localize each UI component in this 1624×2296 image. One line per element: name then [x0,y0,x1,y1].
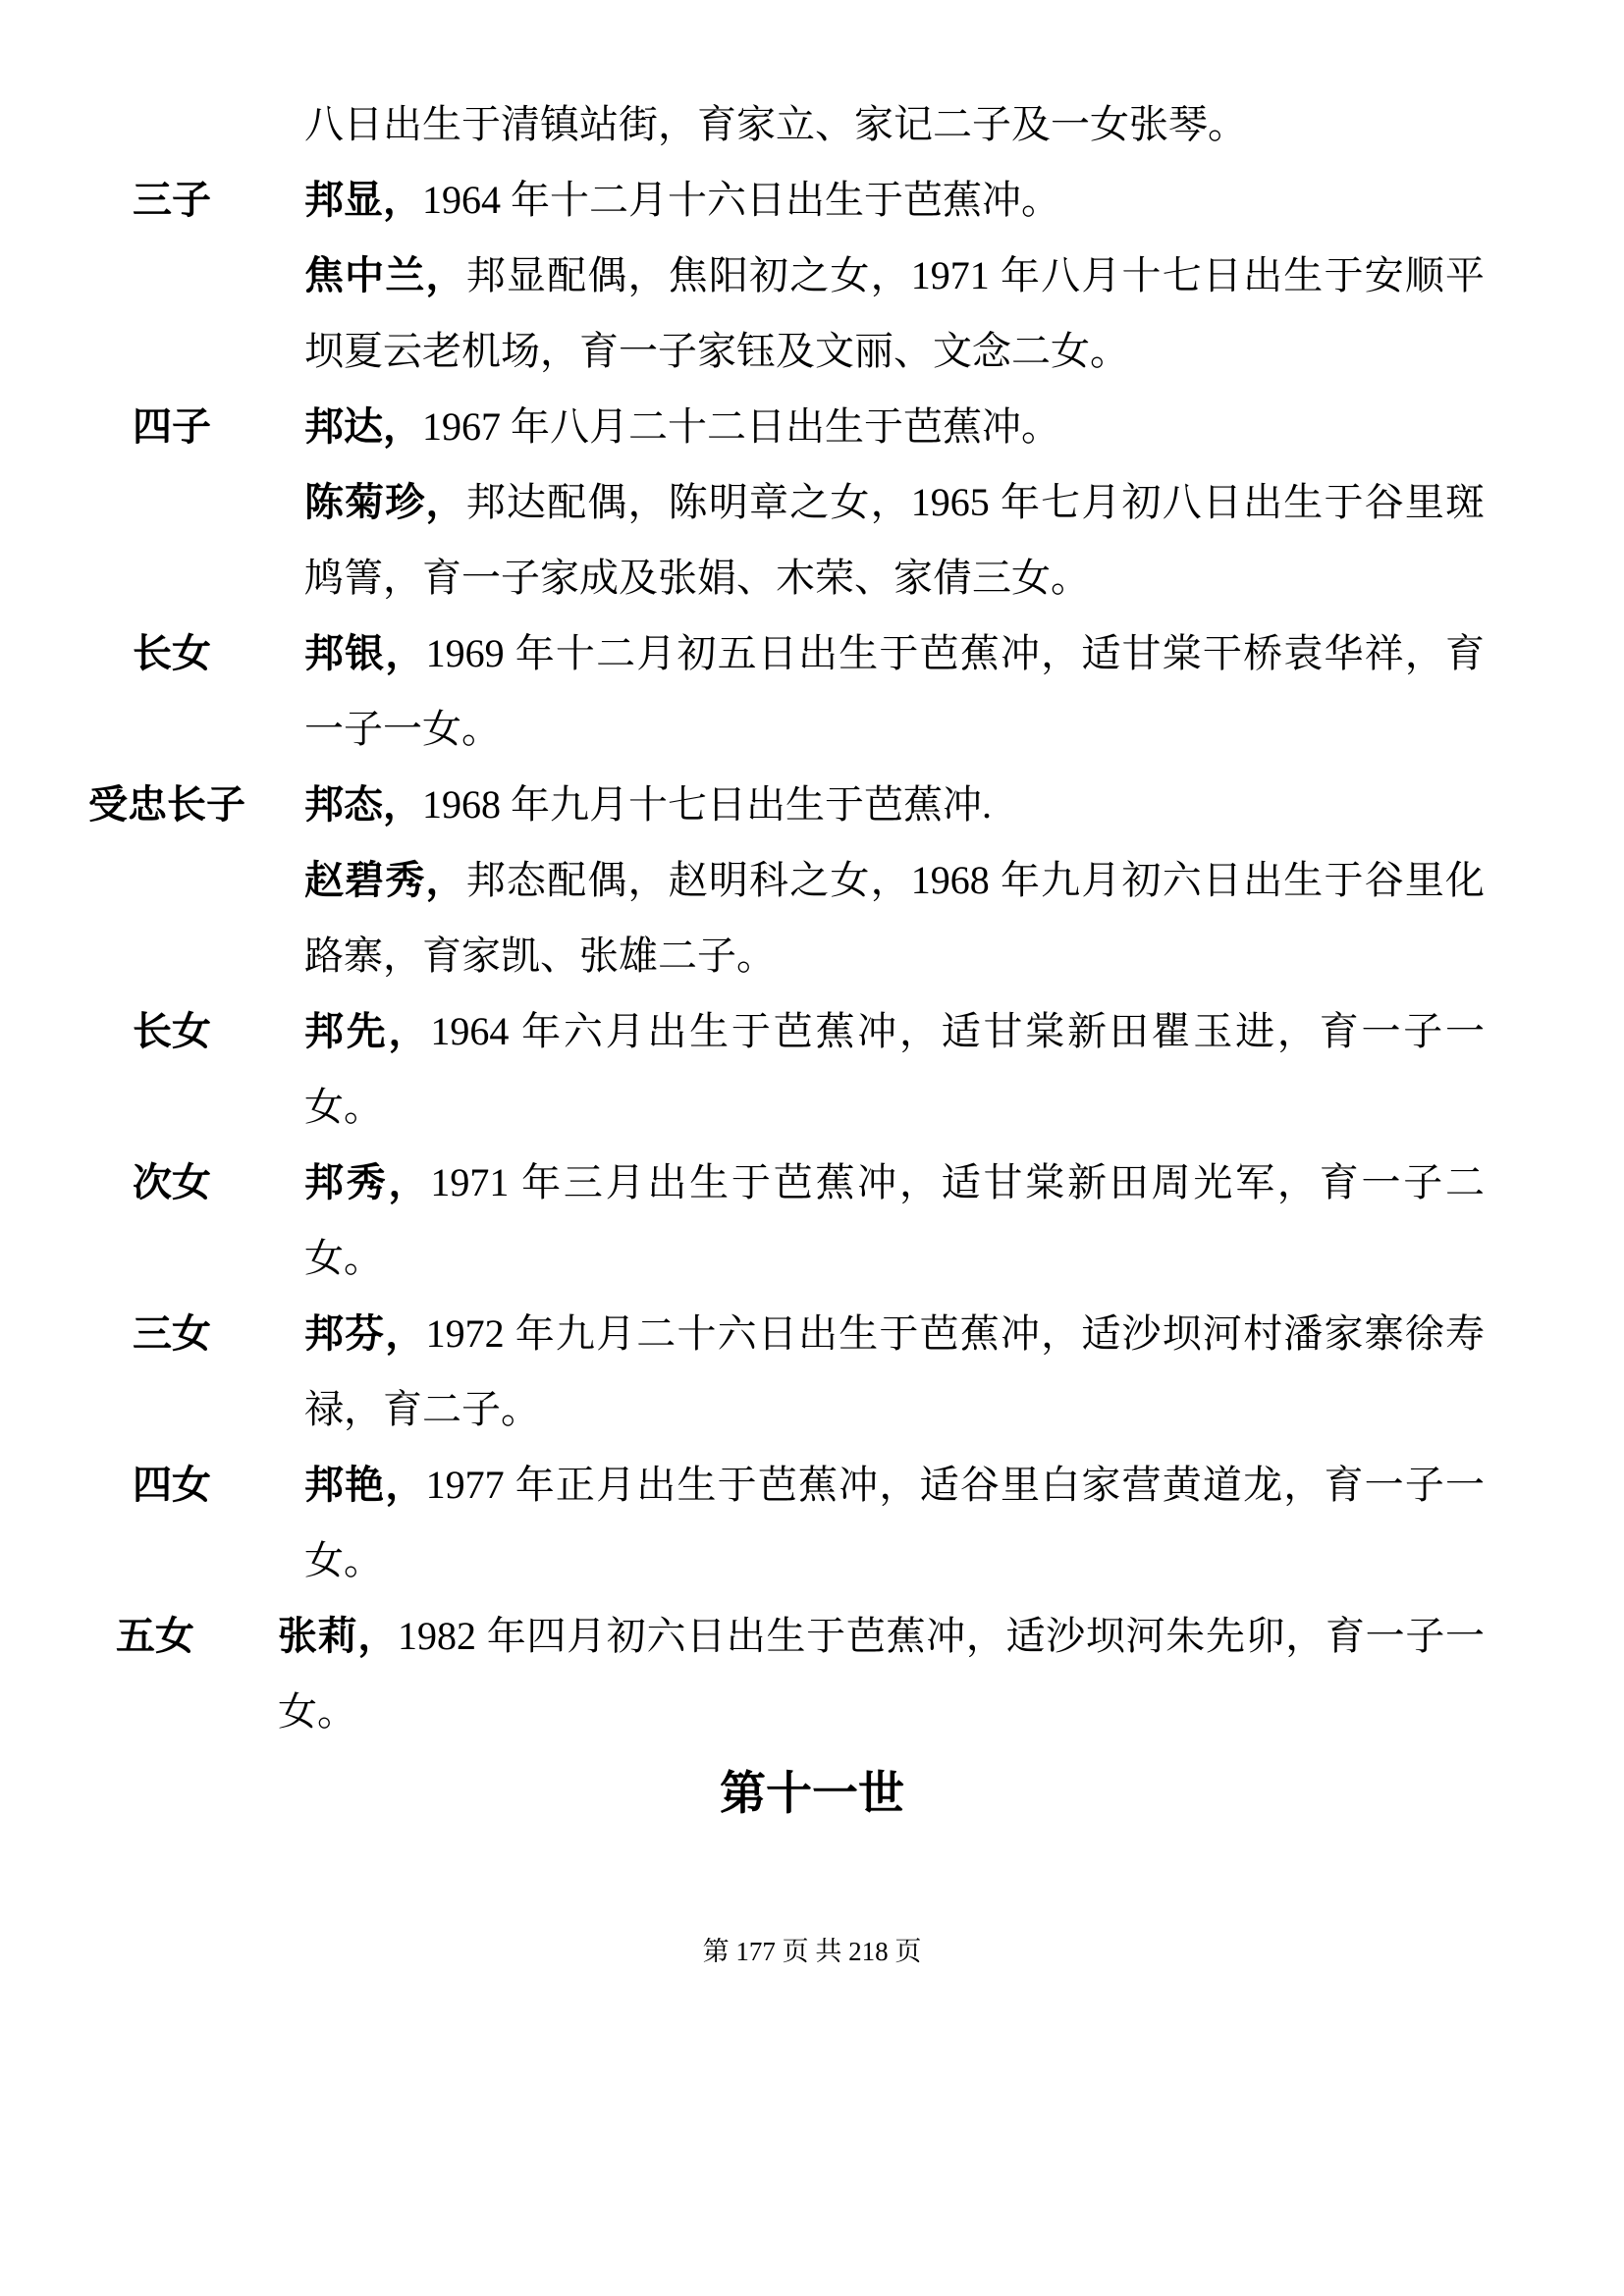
person-name: 邦态， [304,782,422,827]
entry-row: 次女 邦秀，1971 年三月出生于芭蕉冲，适甘棠新田周光军，育一子二女。 [0,1145,1624,1296]
entry-content: 张莉，1982 年四月初六日出生于芭蕉冲，适沙坝河朱先卯，育一子一女。 [278,1598,1485,1749]
entry-content: 邦态，1968 年九月十七日出生于芭蕉冲. 赵碧秀，邦态配偶，赵明科之女，196… [304,767,1485,993]
person-record-text: 1969 年十二月初五日出生于芭蕉冲，适甘棠干桥袁华祥，育一子一女。 [304,631,1485,751]
person-name: 邦先， [304,1009,430,1053]
entry-row: 四子 邦达，1967 年八月二十二日出生于芭蕉冲。 陈菊珍，邦达配偶，陈明章之女… [0,389,1624,615]
entry-row: 受忠长子 邦态，1968 年九月十七日出生于芭蕉冲. 赵碧秀，邦态配偶，赵明科之… [0,767,1624,993]
relation-label: 长女 [133,993,304,1145]
person-record-text: 1982 年四月初六日出生于芭蕉冲，适沙坝河朱先卯，育一子一女。 [278,1614,1485,1734]
person-record-text: 1977 年正月出生于芭蕉冲，适谷里白家营黄道龙，育一子一女。 [304,1463,1485,1582]
person-record: 邦先，1964 年六月出生于芭蕉冲，适甘棠新田瞿玉进，育一子一女。 [304,993,1485,1145]
spouse-record: 赵碧秀，邦态配偶，赵明科之女，1968 年九月初六日出生于谷里化路寨，育家凯、张… [304,842,1485,993]
entry-row: 长女 邦先，1964 年六月出生于芭蕉冲，适甘棠新田瞿玉进，育一子一女。 [0,993,1624,1145]
entry-content: 邦银，1969 年十二月初五日出生于芭蕉冲，适甘棠干桥袁华祥，育一子一女。 [304,615,1485,767]
person-name: 张莉， [278,1614,398,1658]
person-record: 邦银，1969 年十二月初五日出生于芭蕉冲，适甘棠干桥袁华祥，育一子一女。 [304,615,1485,767]
entry-row: 三子 邦显，1964 年十二月十六日出生于芭蕉冲。 焦中兰，邦显配偶，焦阳初之女… [0,162,1624,389]
entry-content: 邦先，1964 年六月出生于芭蕉冲，适甘棠新田瞿玉进，育一子一女。 [304,993,1485,1145]
continuation-line: 八日出生于清镇站街，育家立、家记二子及一女张琴。 [304,86,1624,162]
person-record: 邦芬，1972 年九月二十六日出生于芭蕉冲，适沙坝河村潘家寨徐寿禄，育二子。 [304,1296,1485,1447]
relation-label: 三女 [133,1296,304,1447]
person-record-text: 1964 年十二月十六日出生于芭蕉冲。 [422,178,1060,222]
relation-label: 三子 [133,162,304,389]
entry-content: 邦艳，1977 年正月出生于芭蕉冲，适谷里白家营黄道龙，育一子一女。 [304,1447,1485,1598]
spouse-record-text: 邦态配偶，赵明科之女，1968 年九月初六日出生于谷里化路寨，育家凯、张雄二子。 [304,858,1485,978]
person-record: 邦艳，1977 年正月出生于芭蕉冲，适谷里白家营黄道龙，育一子一女。 [304,1447,1485,1598]
entry-content: 邦芬，1972 年九月二十六日出生于芭蕉冲，适沙坝河村潘家寨徐寿禄，育二子。 [304,1296,1485,1447]
spouse-record: 焦中兰，邦显配偶，焦阳初之女，1971 年八月十七日出生于安顺平坝夏云老机场，育… [304,238,1485,389]
spouse-record: 陈菊珍，邦达配偶，陈明章之女，1965 年七月初八日出生于谷里斑鸠箐，育一子家成… [304,464,1485,615]
person-record: 邦显，1964 年十二月十六日出生于芭蕉冲。 [304,162,1485,238]
spouse-record-text: 邦达配偶，陈明章之女，1965 年七月初八日出生于谷里斑鸠箐，育一子家成及张娟、… [304,480,1485,600]
spouse-name: 焦中兰， [304,253,466,297]
person-name: 邦显， [304,178,422,222]
relation-label: 四子 [133,389,304,615]
relation-label: 五女 [116,1598,278,1749]
spouse-name: 陈菊珍， [304,480,466,524]
person-record-text: 1968 年九月十七日出生于芭蕉冲. [422,782,992,827]
spouse-name: 赵碧秀， [304,858,466,902]
person-record: 张莉，1982 年四月初六日出生于芭蕉冲，适沙坝河朱先卯，育一子一女。 [278,1598,1485,1749]
relation-label: 次女 [133,1145,304,1296]
page-footer: 第 177 页 共 218 页 [0,1939,1624,1965]
person-record: 邦达，1967 年八月二十二日出生于芭蕉冲。 [304,389,1485,464]
entry-row: 三女 邦芬，1972 年九月二十六日出生于芭蕉冲，适沙坝河村潘家寨徐寿禄，育二子… [0,1296,1624,1447]
person-record: 邦态，1968 年九月十七日出生于芭蕉冲. [304,767,1485,842]
spouse-record-text: 邦显配偶，焦阳初之女，1971 年八月十七日出生于安顺平坝夏云老机场，育一子家钰… [304,253,1485,373]
entry-row: 四女 邦艳，1977 年正月出生于芭蕉冲，适谷里白家营黄道龙，育一子一女。 [0,1447,1624,1598]
person-name: 邦艳， [304,1463,426,1507]
person-name: 邦达， [304,404,422,449]
entry-row: 长女 邦银，1969 年十二月初五日出生于芭蕉冲，适甘棠干桥袁华祥，育一子一女。 [0,615,1624,767]
relation-label: 受忠长子 [88,767,304,993]
person-name: 邦秀， [304,1160,430,1204]
entry-content: 邦达，1967 年八月二十二日出生于芭蕉冲。 陈菊珍，邦达配偶，陈明章之女，19… [304,389,1485,615]
entry-content: 邦秀，1971 年三月出生于芭蕉冲，适甘棠新田周光军，育一子二女。 [304,1145,1485,1296]
person-record-text: 1967 年八月二十二日出生于芭蕉冲。 [422,404,1060,449]
generation-heading: 第十一世 [0,1757,1624,1833]
person-record: 邦秀，1971 年三月出生于芭蕉冲，适甘棠新田周光军，育一子二女。 [304,1145,1485,1296]
genealogy-page: 八日出生于清镇站街，育家立、家记二子及一女张琴。 三子 邦显，1964 年十二月… [0,0,1624,2296]
person-record-text: 1971 年三月出生于芭蕉冲，适甘棠新田周光军，育一子二女。 [304,1160,1485,1280]
person-record-text: 1964 年六月出生于芭蕉冲，适甘棠新田瞿玉进，育一子一女。 [304,1009,1485,1129]
entry-content: 邦显，1964 年十二月十六日出生于芭蕉冲。 焦中兰，邦显配偶，焦阳初之女，19… [304,162,1485,389]
entry-row: 五女 张莉，1982 年四月初六日出生于芭蕉冲，适沙坝河朱先卯，育一子一女。 [0,1598,1624,1749]
person-record-text: 1972 年九月二十六日出生于芭蕉冲，适沙坝河村潘家寨徐寿禄，育二子。 [304,1311,1485,1431]
relation-label: 长女 [133,615,304,767]
person-name: 邦银， [304,631,426,675]
person-name: 邦芬， [304,1311,426,1356]
relation-label: 四女 [133,1447,304,1598]
